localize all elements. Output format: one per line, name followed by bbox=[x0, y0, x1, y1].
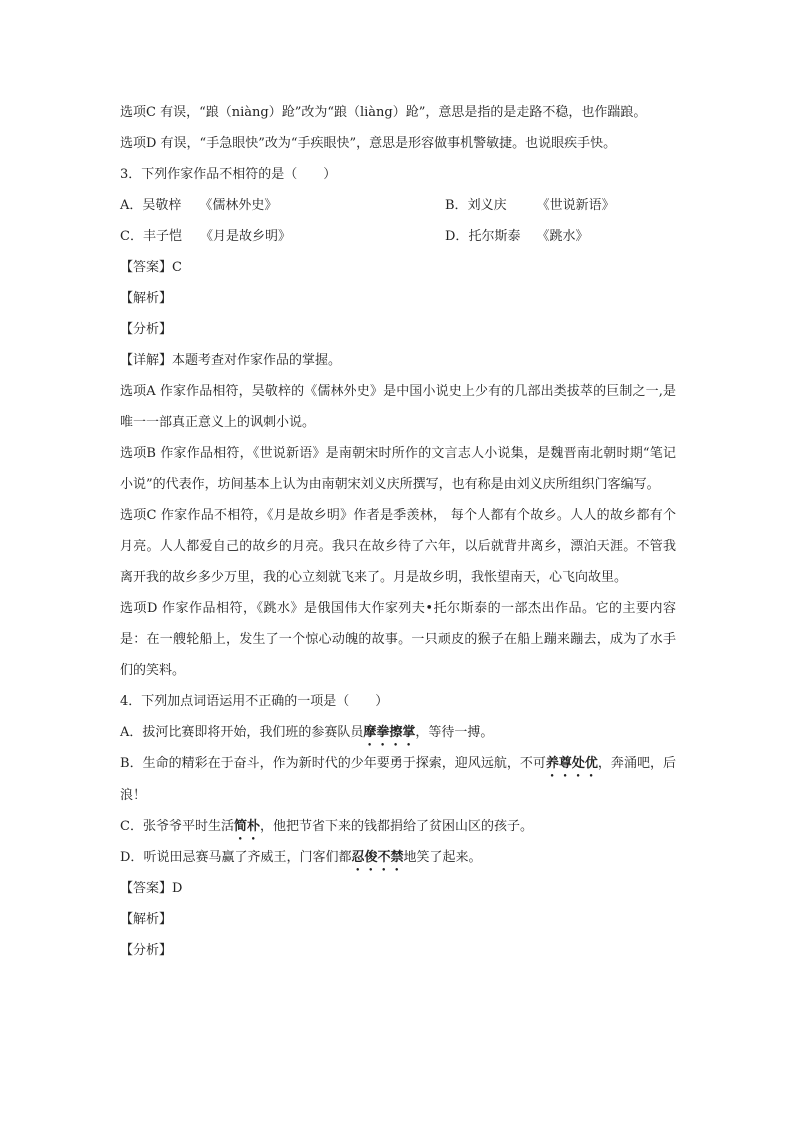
option-text-after: ，等待一搏。 bbox=[415, 725, 493, 740]
option-label: B． bbox=[120, 756, 143, 771]
question-3-options-row-2: C．丰子恺《月是故乡明》 D．托尔斯泰《跳水》 bbox=[120, 221, 676, 252]
option-author: 丰子恺 bbox=[143, 221, 182, 252]
question-4-option-c: C．张爷爷平时生活简朴，他把节省下来的钱都捐给了贫困山区的孩子。 bbox=[120, 811, 676, 842]
option-label: C． bbox=[120, 229, 143, 244]
question-3-options-row-1: A．吴敬梓《儒林外史》 B．刘义庆《世说新语》 bbox=[120, 190, 676, 221]
explanation-c: 选项C 作家作品不相符，《月是故乡明》作者是季羡林， 每个人都有个故乡。人人的故… bbox=[120, 500, 676, 593]
detail-tag: 【详解】 bbox=[120, 353, 172, 368]
option-text-before: 拔河比赛即将开始，我们班的参赛队员 bbox=[142, 725, 363, 740]
question-3-analysis-tag: 【解析】 bbox=[120, 283, 676, 314]
question-3-answer: 【答案】C bbox=[120, 252, 676, 283]
option-work: 《月是故乡明》 bbox=[200, 229, 291, 244]
option-work: 《世说新语》 bbox=[537, 198, 615, 213]
question-3-option-d: D．托尔斯泰《跳水》 bbox=[445, 221, 588, 252]
question-3-fenxi-tag: 【分析】 bbox=[120, 314, 676, 345]
question-3-option-b: B．刘义庆《世说新语》 bbox=[445, 190, 615, 221]
option-label: D． bbox=[445, 229, 468, 244]
option-author: 刘义庆 bbox=[468, 190, 507, 221]
explanation-d: 选项D 作家作品相符，《跳水》是俄国伟大作家列夫•托尔斯泰的一部杰出作品。它的主… bbox=[120, 593, 676, 686]
answer-value: C bbox=[172, 260, 182, 275]
dotted-phrase: 摩拳擦掌 bbox=[363, 725, 415, 740]
option-text-before: 生命的精彩在于奋斗，作为新时代的少年要勇于探索，迎风远航，不可 bbox=[143, 756, 546, 771]
option-text-after: 地笑了起来。 bbox=[403, 850, 481, 865]
question-4-option-a: A．拔河比赛即将开始，我们班的参赛队员摩拳擦掌，等待一搏。 bbox=[120, 717, 676, 748]
question-4-option-d: D．听说田忌赛马赢了齐威王，门客们都忍俊不禁地笑了起来。 bbox=[120, 842, 676, 873]
detail-intro: 本题考查对作家作品的掌握。 bbox=[172, 353, 341, 368]
option-label: A． bbox=[120, 725, 142, 740]
question-4-analysis-tag: 【解析】 bbox=[120, 904, 676, 935]
question-3-option-a: A．吴敬梓《儒林外史》 bbox=[120, 190, 445, 221]
option-label: A． bbox=[120, 198, 142, 213]
answer-value: D bbox=[172, 881, 182, 896]
question-3-stem: 3．下列作家作品不相符的是（ ） bbox=[120, 159, 676, 190]
answer-tag: 【答案】 bbox=[120, 881, 172, 896]
option-text-before: 听说田忌赛马赢了齐威王，门客们都 bbox=[143, 850, 351, 865]
question-3-option-c: C．丰子恺《月是故乡明》 bbox=[120, 221, 445, 252]
option-work: 《儒林外史》 bbox=[199, 198, 277, 213]
dotted-phrase: 简朴 bbox=[234, 819, 260, 834]
question-4-option-b: B．生命的精彩在于奋斗，作为新时代的少年要勇于探索，迎风远航，不可养尊处优，奔涌… bbox=[120, 748, 676, 811]
option-label: B． bbox=[445, 198, 468, 213]
dotted-phrase: 忍俊不禁 bbox=[351, 850, 403, 865]
question-4-stem: 4．下列加点词语运用不正确的一项是（ ） bbox=[120, 686, 676, 717]
option-label: C． bbox=[120, 819, 143, 834]
explanation-b: 选项B 作家作品相符，《世说新语》是南朝宋时所作的文言志人小说集，是魏晋南北朝时… bbox=[120, 438, 676, 500]
document-page: 选项C 有误，“踉（niàng）跄”改为“踉（liàng）跄”，意思是指的是走路… bbox=[120, 97, 676, 966]
option-d-note: 选项D 有误，“手急眼快”改为“手疾眼快”，意思是形容做事机警敏捷。也说眼疾手快… bbox=[120, 128, 676, 159]
explanation-a: 选项A 作家作品相符，吴敬梓的《儒林外史》是中国小说史上少有的几部出类拔萃的巨制… bbox=[120, 376, 676, 438]
option-work: 《跳水》 bbox=[536, 229, 588, 244]
question-4-answer: 【答案】D bbox=[120, 873, 676, 904]
dotted-phrase: 养尊处优 bbox=[546, 756, 598, 771]
option-text-after: ，他把节省下来的钱都捐给了贫困山区的孩子。 bbox=[260, 819, 533, 834]
option-author: 托尔斯泰 bbox=[468, 221, 520, 252]
question-3-detail: 【详解】本题考查对作家作品的掌握。 bbox=[120, 345, 676, 376]
option-author: 吴敬梓 bbox=[142, 190, 181, 221]
question-4-fenxi-tag: 【分析】 bbox=[120, 935, 676, 966]
option-text-before: 张爷爷平时生活 bbox=[143, 819, 234, 834]
option-c-note: 选项C 有误，“踉（niàng）跄”改为“踉（liàng）跄”，意思是指的是走路… bbox=[120, 97, 676, 128]
option-label: D． bbox=[120, 850, 143, 865]
answer-tag: 【答案】 bbox=[120, 260, 172, 275]
